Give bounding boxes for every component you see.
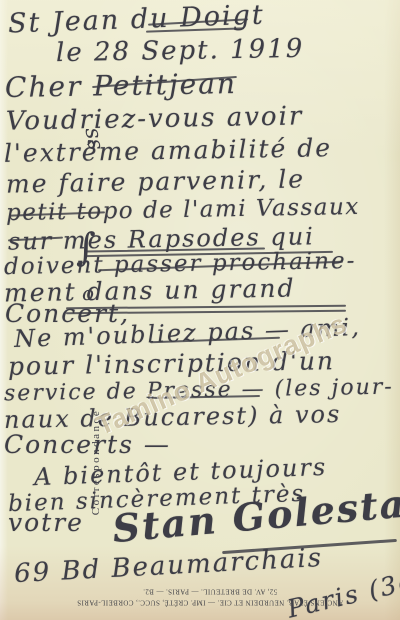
address-line: 69 Bd Beaumarchais <box>14 545 324 587</box>
letter-line: Voudriez-vous avoir <box>6 103 304 134</box>
postcard-letter: St Jean du Doigt le 28 Sept. 1919 Cher P… <box>0 0 400 620</box>
margin-scribble-loop: o <box>82 283 94 303</box>
letter-line: petit topo de l'ami Vassaux <box>6 196 360 225</box>
letter-line: Concerts — <box>4 432 171 457</box>
letter-line: l'extrême amabilité de <box>4 135 332 166</box>
letter-line: me faire parvenir, le <box>6 166 305 196</box>
margin-scribble-curl: ∫ <box>76 228 96 266</box>
date-line: le 28 Sept. 1919 <box>56 36 305 66</box>
margin-scribble-ss: ss <box>81 126 107 152</box>
imprint-line1: ANCIENS ÉTAB. NEURDEIN ET CIE. — IMP. CR… <box>60 597 360 608</box>
imprint-block: ANCIENS ÉTAB. NEURDEIN ET CIE. — IMP. CR… <box>60 586 360 608</box>
imprint-line2: 52, AV. DE BRETEUIL. — PARIS. — B2. <box>60 586 360 597</box>
closing-word: votre <box>8 510 84 535</box>
